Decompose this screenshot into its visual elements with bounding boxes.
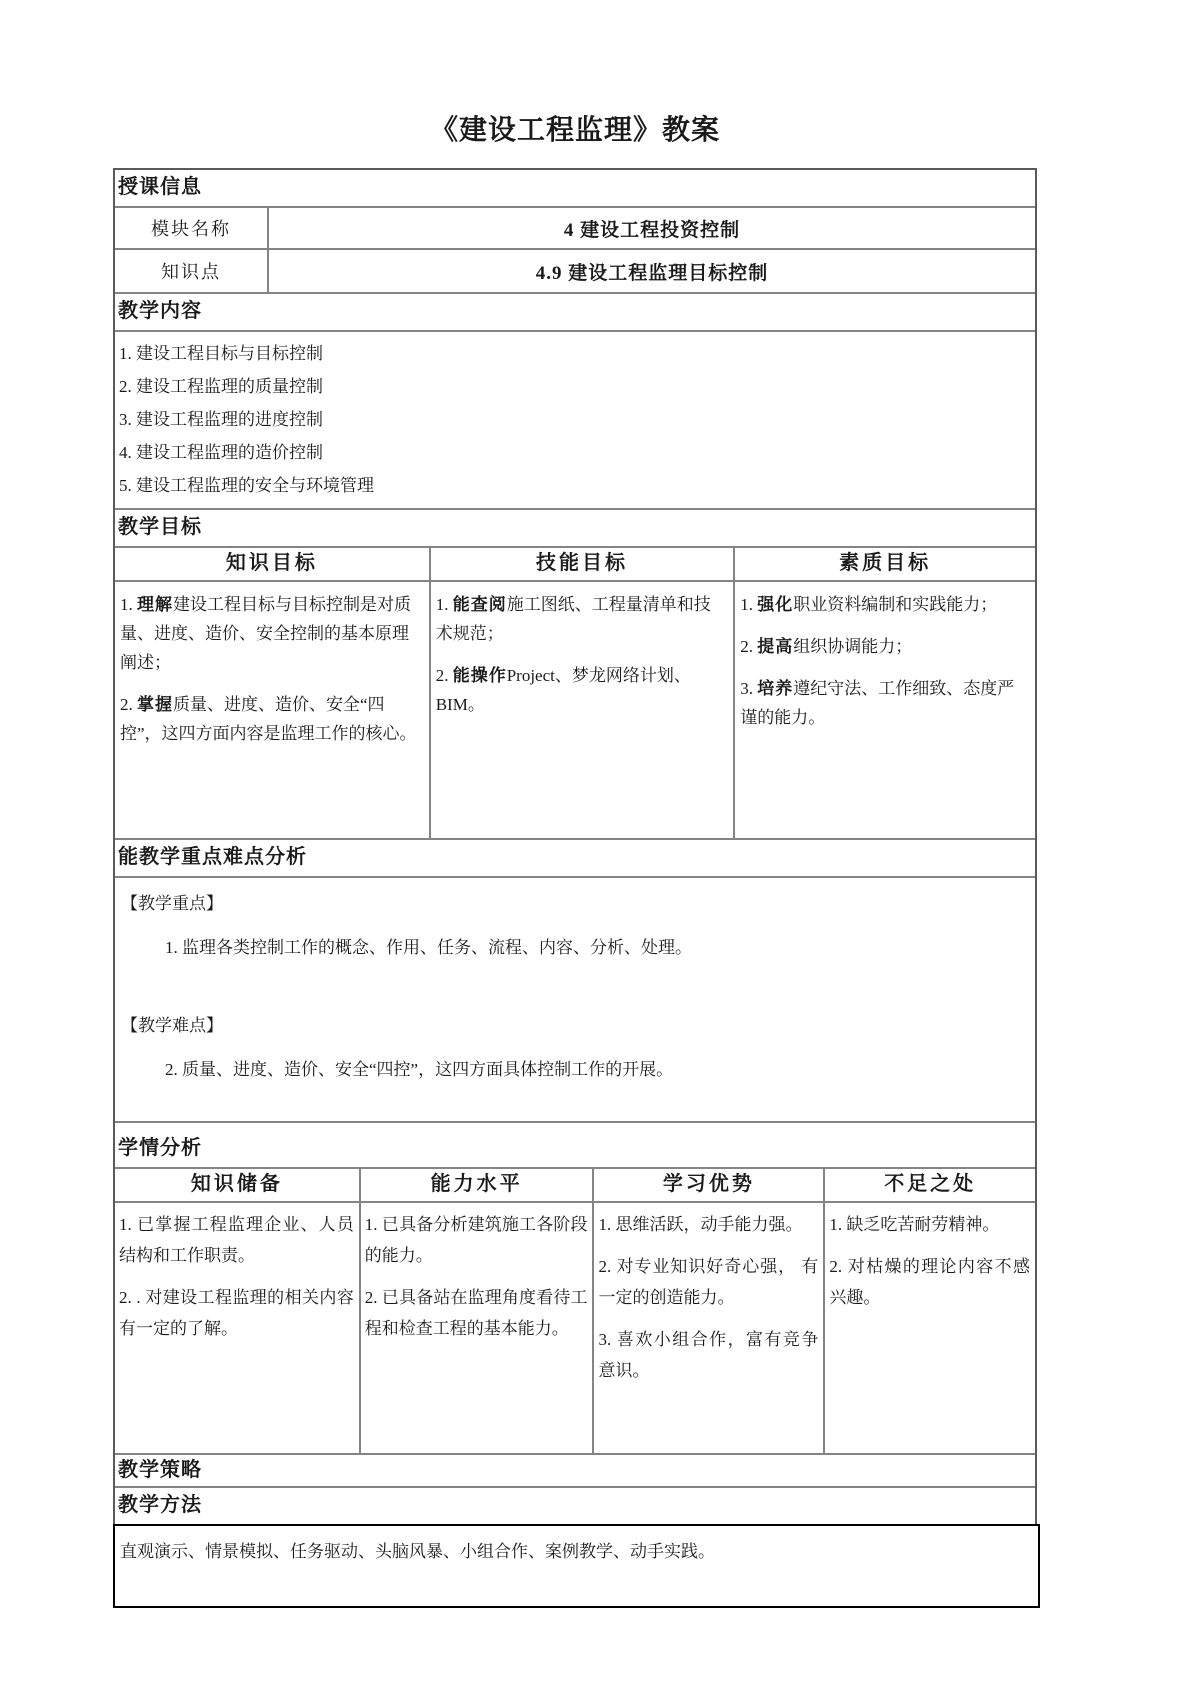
objective-item: 1. 强化职业资料编制和实践能力； [740,590,1029,619]
learner-analysis-item: 2. 对专业知识好奇心强， 有一定的创造能力。 [598,1251,818,1313]
objective-item-num: 1. [436,595,453,614]
objective-item-lead: 能查阅 [453,595,507,614]
info-row-knowledge-point: 知识点 4.9 建设工程监理目标控制 [115,248,1035,292]
objectives-header-row: 知识目标技能目标素质目标 [115,546,1035,580]
objective-item-num: 2. [740,637,757,656]
learner-analysis-item: 2. 已具备站在监理角度看待工程和检查工程的基本能力。 [365,1282,588,1344]
key-point-label: 【教学重点】 [121,890,1031,918]
learner-analysis-col-title: 学习优势 [592,1169,823,1201]
learner-analysis-col-body: 1. 已掌握工程监理企业、人员结构和工作职责。2. . 对建设工程监理的相关内容… [115,1203,359,1453]
learner-analysis-item: 2. . 对建设工程监理的相关内容有一定的了解。 [119,1282,354,1344]
objective-item-num: 2. [436,666,453,685]
content-item: 1. 建设工程目标与目标控制 [119,337,1031,370]
learner-analysis-col-title: 能力水平 [359,1169,593,1201]
difficult-point-item: 2. 质量、进度、造价、安全“四控”，这四方面具体控制工作的开展。 [165,1056,1031,1084]
module-name-label: 模块名称 [115,208,269,248]
key-points-cell: 【教学重点】 1. 监理各类控制工作的概念、作用、任务、流程、内容、分析、处理。… [115,876,1035,1121]
content-item: 3. 建设工程监理的进度控制 [119,403,1031,436]
objective-item: 2. 掌握质量、进度、造价、安全“四控”，这四方面内容是监理工作的核心。 [120,690,423,748]
objectives-col-title: 技能目标 [429,548,734,580]
objective-item-lead: 理解 [137,595,173,614]
objective-item-lead: 提高 [757,637,793,656]
objectives-body-row: 1. 理解建设工程目标与目标控制是对质量、进度、造价、安全控制的基本原理阐述；2… [115,580,1035,838]
section-header-teaching-info: 授课信息 [115,170,1035,206]
objective-item: 2. 提高组织协调能力； [740,632,1029,661]
lesson-plan-table: 授课信息 模块名称 4 建设工程投资控制 知识点 4.9 建设工程监理目标控制 … [113,168,1037,1526]
learner-analysis-item: 1. 已掌握工程监理企业、人员结构和工作职责。 [119,1209,354,1271]
content-item: 2. 建设工程监理的质量控制 [119,370,1031,403]
learner-analysis-body-row: 1. 已掌握工程监理企业、人员结构和工作职责。2. . 对建设工程监理的相关内容… [115,1201,1035,1453]
objective-item: 1. 理解建设工程目标与目标控制是对质量、进度、造价、安全控制的基本原理阐述； [120,590,423,677]
section-header-methods: 教学方法 [115,1486,1035,1524]
info-row-module: 模块名称 4 建设工程投资控制 [115,206,1035,248]
objective-item: 1. 能查阅施工图纸、工程量清单和技术规范； [436,590,728,648]
module-name-value: 4 建设工程投资控制 [269,208,1035,248]
objective-item-lead: 培养 [757,679,793,698]
teaching-methods-content: 直观演示、情景模拟、任务驱动、头脑风暴、小组合作、案例教学、动手实践。 [113,1524,1040,1608]
learner-analysis-col-title: 知识储备 [115,1169,359,1201]
objectives-col-body: 1. 强化职业资料编制和实践能力；2. 提高组织协调能力；3. 培养遵纪守法、工… [733,582,1035,838]
learner-analysis-item: 2. 对枯燥的理论内容不感兴趣。 [829,1251,1030,1313]
key-point-item: 1. 监理各类控制工作的概念、作用、任务、流程、内容、分析、处理。 [165,934,1031,962]
knowledge-point-label: 知识点 [115,250,269,292]
objective-item-num: 3. [740,679,757,698]
learner-analysis-col-title: 不足之处 [823,1169,1035,1201]
objectives-col-body: 1. 理解建设工程目标与目标控制是对质量、进度、造价、安全控制的基本原理阐述；2… [115,582,429,838]
learner-analysis-col-body: 1. 缺乏吃苦耐劳精神。2. 对枯燥的理论内容不感兴趣。 [823,1203,1035,1453]
section-header-key-points: 能教学重点难点分析 [115,838,1035,876]
learner-analysis-item: 3. 喜欢小组合作，富有竞争意识。 [598,1324,818,1386]
objective-item-lead: 强化 [757,595,793,614]
section-header-teaching-content: 教学内容 [115,292,1035,330]
learner-analysis-col-body: 1. 思维活跃，动手能力强。2. 对专业知识好奇心强， 有一定的创造能力。3. … [592,1203,823,1453]
objectives-col-title: 素质目标 [733,548,1035,580]
objective-item-num: 1. [120,595,137,614]
objective-item: 3. 培养遵纪守法、工作细致、态度严谨的能力。 [740,674,1029,732]
learner-analysis-item: 1. 缺乏吃苦耐劳精神。 [829,1209,1030,1240]
page-title: 《建设工程监理》教案 [113,108,1037,148]
objective-item-lead: 能操作 [453,666,507,685]
content-item: 4. 建设工程监理的造价控制 [119,436,1031,469]
objective-item-num: 2. [120,695,137,714]
objective-item-lead: 掌握 [137,695,173,714]
objective-item-text: 职业资料编制和实践能力； [793,595,997,614]
objective-item-text: 组织协调能力； [793,637,912,656]
objective-item-num: 1. [740,595,757,614]
objectives-col-body: 1. 能查阅施工图纸、工程量清单和技术规范；2. 能操作Project、梦龙网络… [429,582,734,838]
learner-analysis-col-body: 1. 已具备分析建筑施工各阶段的能力。2. 已具备站在监理角度看待工程和检查工程… [359,1203,593,1453]
objectives-col-title: 知识目标 [115,548,429,580]
knowledge-point-value: 4.9 建设工程监理目标控制 [269,250,1035,292]
learner-analysis-header-row: 知识储备能力水平学习优势不足之处 [115,1167,1035,1201]
section-header-objectives: 教学目标 [115,508,1035,546]
teaching-content-list: 1. 建设工程目标与目标控制2. 建设工程监理的质量控制3. 建设工程监理的进度… [115,330,1035,508]
section-header-learner-analysis: 学情分析 [115,1121,1035,1167]
learner-analysis-item: 1. 已具备分析建筑施工各阶段的能力。 [365,1209,588,1271]
content-item: 5. 建设工程监理的安全与环境管理 [119,469,1031,502]
document-page: 《建设工程监理》教案 授课信息 模块名称 4 建设工程投资控制 知识点 4.9 … [0,0,1191,1684]
learner-analysis-item: 1. 思维活跃，动手能力强。 [598,1209,818,1240]
difficult-point-label: 【教学难点】 [121,1012,1031,1040]
objective-item: 2. 能操作Project、梦龙网络计划、BIM。 [436,661,728,719]
section-header-strategy: 教学策略 [115,1453,1035,1486]
